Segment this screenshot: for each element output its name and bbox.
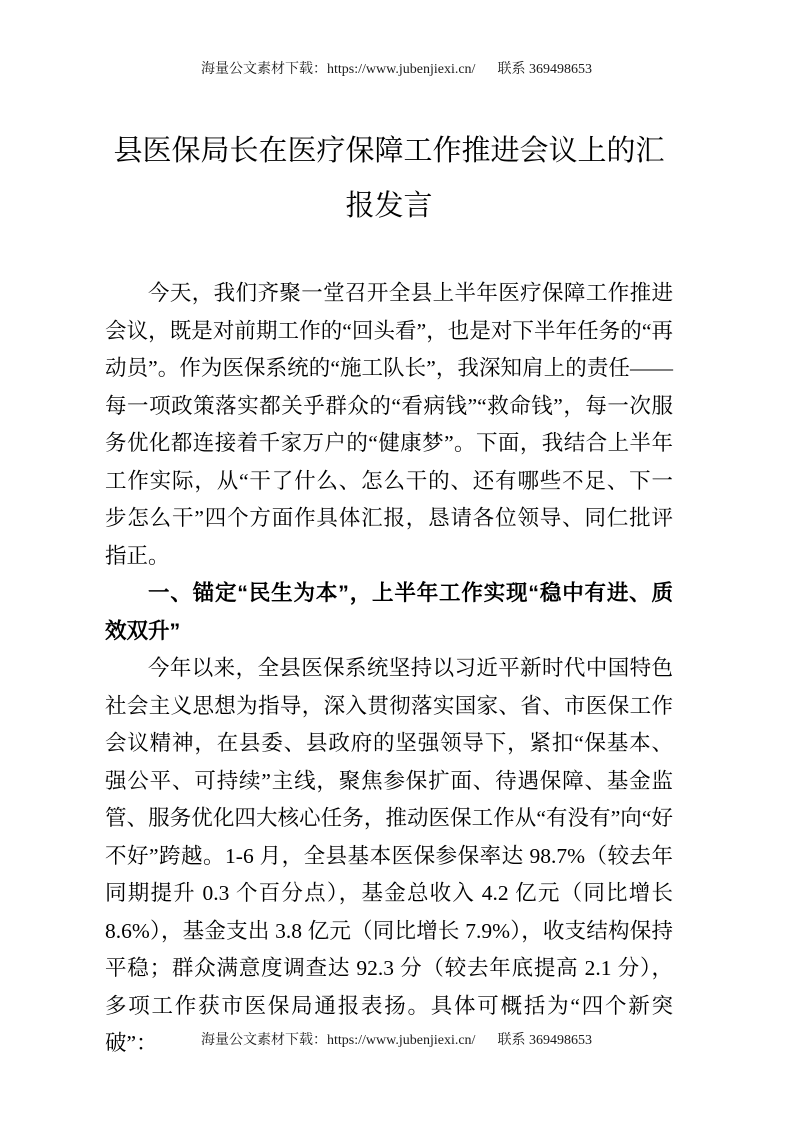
section-heading-1: 一、锚定“民生为本”，上半年工作实现“稳中有进、质效双升” bbox=[105, 575, 673, 650]
paragraph-section-1-body: 今年以来，全县医保系统坚持以习近平新时代中国特色社会主义思想为指导，深入贯彻落实… bbox=[105, 650, 673, 1063]
footer-download-label: 海量公文素材下载： bbox=[201, 1033, 327, 1048]
header-url: https://www.jubenjiexi.cn/ bbox=[327, 62, 475, 77]
header-download-label: 海量公文素材下载： bbox=[201, 62, 327, 77]
document-title: 县医保局长在医疗保障工作推进会议上的汇报发言 bbox=[105, 124, 673, 234]
page-footer: 海量公文素材下载：https://www.jubenjiexi.cn/联系 36… bbox=[0, 1031, 793, 1051]
footer-contact: 联系 369498653 bbox=[497, 1033, 592, 1048]
paragraph-intro: 今天，我们齐聚一堂召开全县上半年医疗保障工作推进会议，既是对前期工作的“回头看”… bbox=[105, 275, 673, 575]
document-body: 县医保局长在医疗保障工作推进会议上的汇报发言 今天，我们齐聚一堂召开全县上半年医… bbox=[105, 124, 673, 1063]
footer-url: https://www.jubenjiexi.cn/ bbox=[327, 1033, 475, 1048]
paragraph-container: 今天，我们齐聚一堂召开全县上半年医疗保障工作推进会议，既是对前期工作的“回头看”… bbox=[105, 275, 673, 1063]
document-page: 海量公文素材下载：https://www.jubenjiexi.cn/联系 36… bbox=[0, 0, 793, 1122]
header-contact: 联系 369498653 bbox=[497, 62, 592, 77]
page-header: 海量公文素材下载：https://www.jubenjiexi.cn/联系 36… bbox=[0, 60, 793, 80]
